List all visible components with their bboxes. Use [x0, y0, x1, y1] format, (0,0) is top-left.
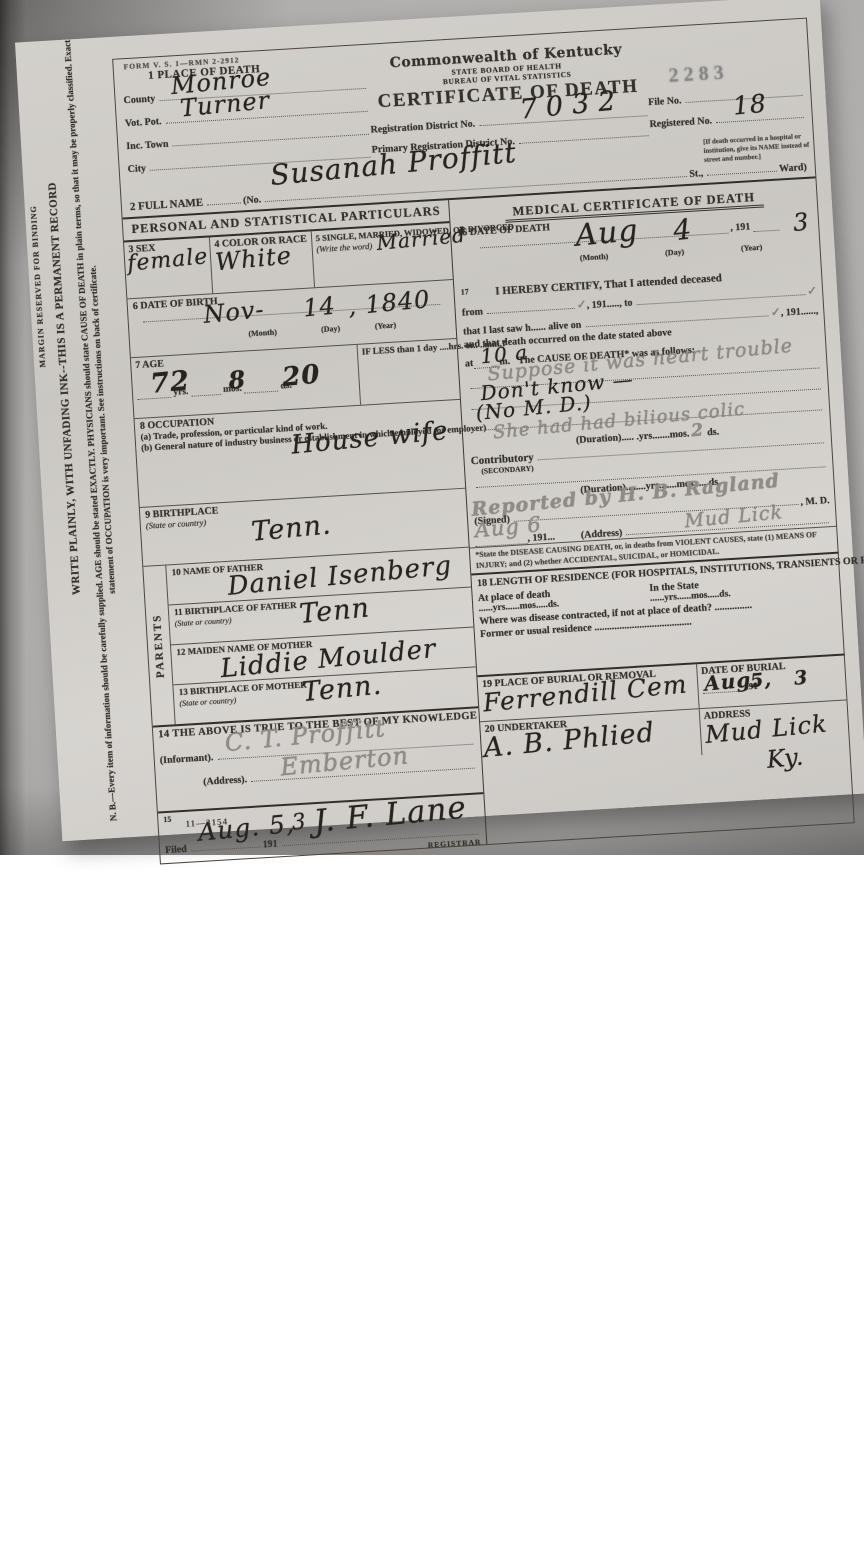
age-ds-leader	[244, 381, 279, 394]
city-label: City	[127, 163, 146, 175]
parents-group: PARENTS 10 NAME OF FATHER Daniel Isenber…	[143, 547, 478, 726]
to-checkmark: ✓	[807, 283, 818, 298]
dob-month: Nov-	[202, 295, 265, 329]
dod-day-value: 4	[672, 213, 694, 248]
full-name-leader-1	[207, 202, 241, 205]
medical-column: MEDICAL CERTIFICATE OF DEATH 16 DATE OF …	[449, 178, 854, 844]
full-name-leader-3	[707, 171, 777, 176]
filed-year-value: 3	[291, 809, 308, 835]
informant-address-label: (Address).	[203, 774, 248, 788]
no-label: (No.	[243, 194, 262, 206]
certificate-form: FORM V. S. 1—RMN 2-2912 1 PLACE OF DEATH…	[112, 18, 855, 855]
father-birthplace-sublabel: (State or country)	[174, 616, 231, 628]
dod-day-sublabel: (Day)	[665, 247, 685, 257]
dob-year: , 1840	[347, 285, 432, 321]
if-less-cell: IF LESS than 1 day ....hrs. or.. ..min.?	[356, 339, 460, 405]
parents-vertical-label: PARENTS	[148, 566, 169, 725]
marital-cell: 5 SINGLE, MARRIED, WIDOWED, OR DIVORCED …	[310, 223, 453, 287]
undertaker-address-value-2: Ky.	[765, 743, 805, 774]
filed-label: Filed	[165, 844, 187, 855]
file-registered-block: 2283 File No. Registered No. 18	[645, 31, 807, 144]
sex-cell: 3 SEX female	[124, 237, 212, 298]
dob-day: 14	[302, 292, 337, 323]
dob-year-sublabel: (Year)	[375, 321, 397, 331]
age-mos-leader	[190, 384, 221, 397]
registered-no-label: Registered No.	[649, 115, 712, 130]
father-birthplace-value: Tenn	[298, 592, 371, 630]
marital-note: (Write the word)	[316, 240, 372, 253]
age-years-value: 72	[149, 365, 191, 400]
age-days-value: 20	[281, 359, 322, 392]
alive-191: , 191......,	[781, 305, 819, 318]
filed-leader-1	[191, 846, 261, 851]
dod-year-value: 3	[791, 208, 810, 237]
personal-column: PERSONAL AND STATISTICAL PARTICULARS 3 S…	[123, 200, 488, 855]
age-months-value: 8	[227, 364, 247, 395]
hospital-note: [If death occurred in a hospital or inst…	[703, 133, 812, 166]
certify-number: 17	[460, 287, 469, 296]
dod-year-printed: , 191	[730, 221, 751, 233]
dod-month-sublabel: (Month)	[580, 252, 609, 263]
color-race-value: White	[214, 241, 293, 276]
birthplace-value: Tenn.	[250, 509, 333, 547]
dod-year-leader	[752, 220, 779, 233]
ward-label: Ward)	[779, 162, 807, 175]
burial-date-year-value: 3	[793, 667, 809, 690]
certificate-paper: MARGIN RESERVED FOR BINDING WRITE PLAINL…	[15, 0, 864, 841]
color-race-cell: 4 COLOR OR RACE White	[209, 231, 314, 293]
registered-no-value: 18	[731, 89, 767, 121]
dod-month-value: Aug	[574, 213, 640, 254]
mother-birthplace-sublabel: (State or country)	[179, 695, 236, 707]
mother-birthplace-value: Tenn.	[301, 670, 384, 708]
dob-day-sublabel: (Day)	[321, 324, 341, 334]
dob-month-sublabel: (Month)	[248, 328, 277, 339]
parents-rows: 10 NAME OF FATHER Daniel Isenberg 11 BIR…	[166, 548, 478, 725]
main-columns: PERSONAL AND STATISTICAL PARTICULARS 3 S…	[123, 176, 854, 855]
undertaker-address-cell: ADDRESS Mud Lick Ky.	[698, 700, 850, 755]
photo-background: MARGIN RESERVED FOR BINDING WRITE PLAINL…	[0, 0, 864, 855]
primary-registration-leader	[519, 135, 648, 144]
burial-date-day-value: 5,	[749, 669, 773, 693]
st-label: St.,	[689, 168, 704, 180]
full-name-label: 2 FULL NAME	[130, 197, 204, 213]
dod-year-sublabel: (Year)	[741, 243, 763, 253]
